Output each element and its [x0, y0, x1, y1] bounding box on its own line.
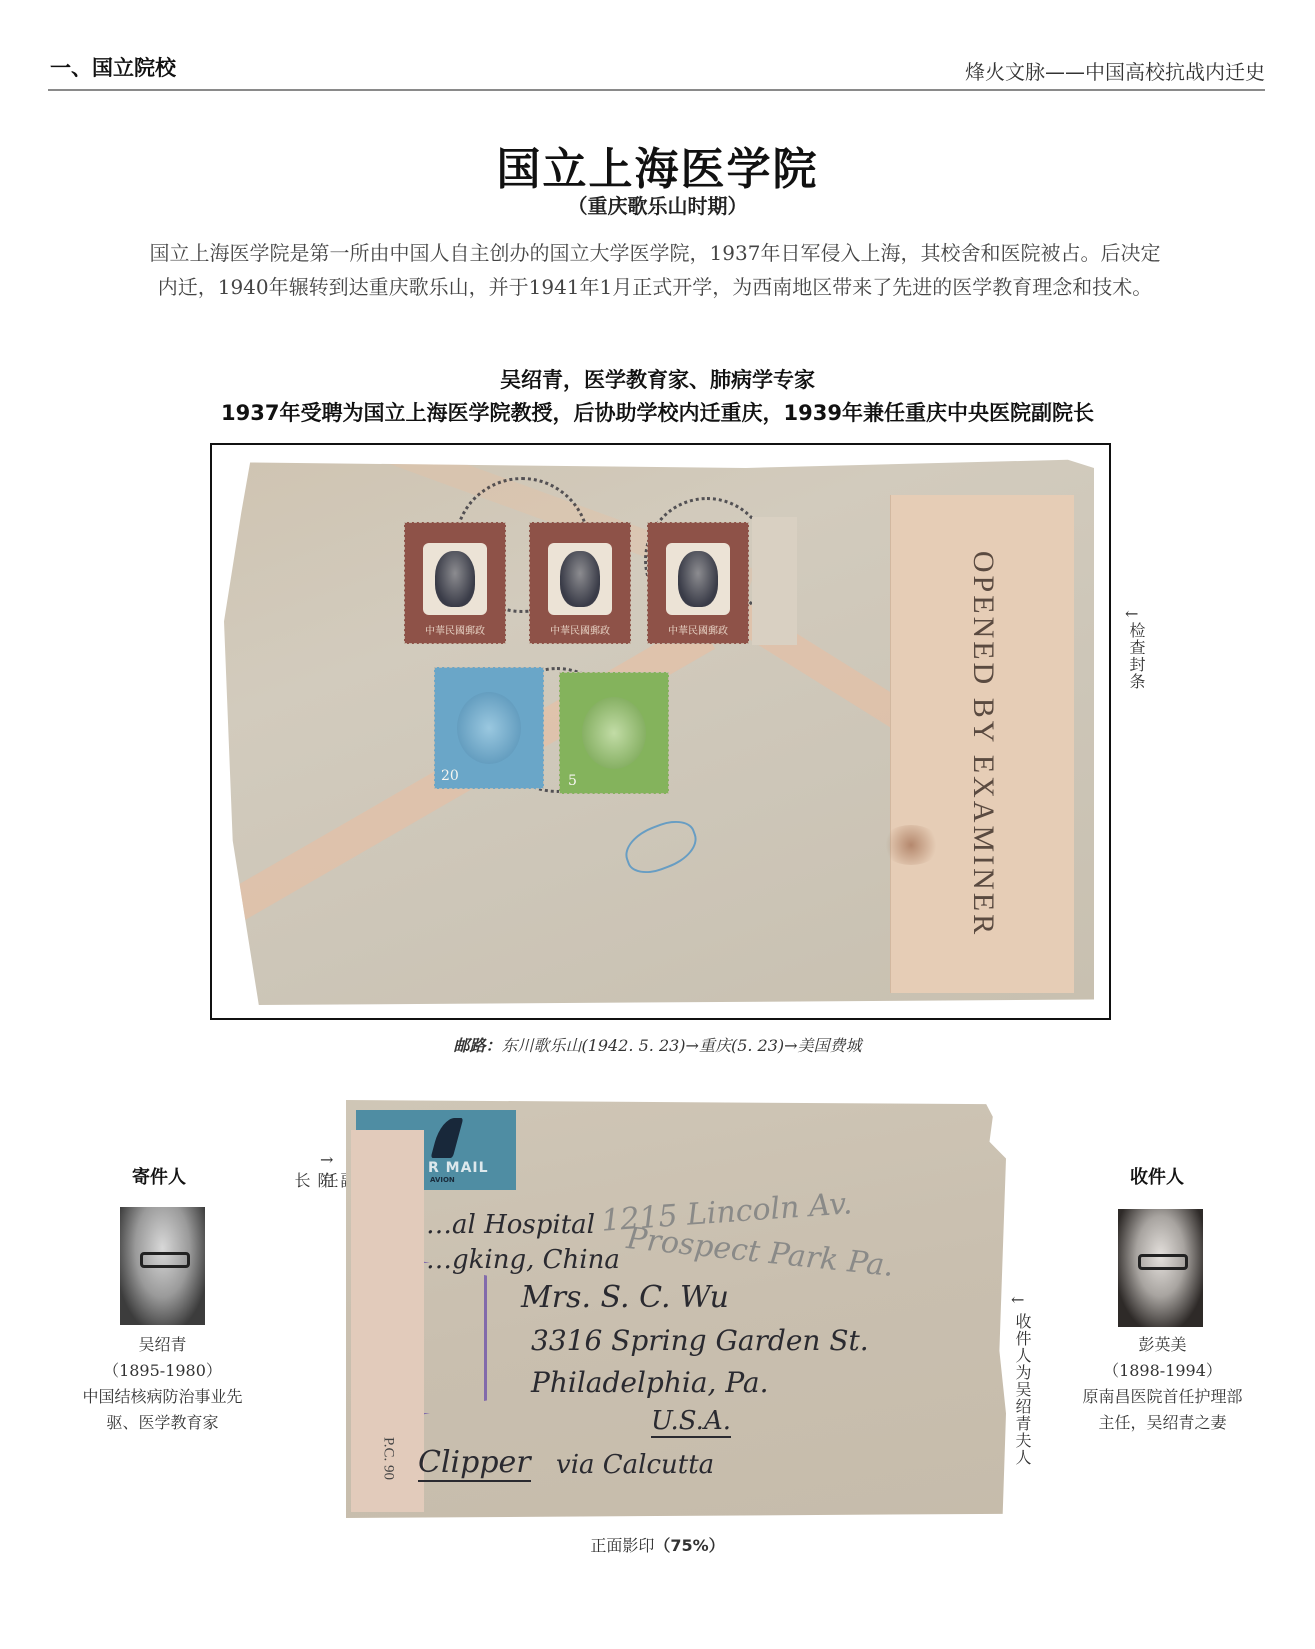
- cover-back-image: 中華民國郵政 中華民國郵政 中華民國郵政 20 5 OPENED BY EXAM…: [224, 457, 1094, 1005]
- stamp: 5: [559, 672, 669, 794]
- stamp: 中華民國郵政: [404, 522, 506, 644]
- sender-years: （1895-1980）: [60, 1358, 265, 1384]
- pen-mark: [619, 814, 704, 881]
- sender-address-line: …gking, China: [426, 1245, 620, 1275]
- sender-label: 寄件人: [132, 1163, 186, 1189]
- sender-description: 中国结核病防治事业先: [60, 1384, 265, 1410]
- recipient-name: Mrs. S. C. Wu: [521, 1280, 729, 1315]
- recipient-years: （1898-1994）: [1060, 1358, 1265, 1384]
- wing-icon: [431, 1118, 464, 1158]
- intro-paragraph: 国立上海医学院是第一所由中国人自主创办的国立大学医学院，1937年日军侵入上海，…: [40, 236, 1270, 304]
- front-cover-caption: 正面影印（75%）: [0, 1533, 1315, 1556]
- intro-line: 国立上海医学院是第一所由中国人自主创办的国立大学医学院，1937年日军侵入上海，…: [40, 236, 1270, 270]
- recipient-label: 收件人: [1130, 1163, 1184, 1189]
- recipient-name: 彭英美: [1060, 1332, 1265, 1358]
- recipient-country: U.S.A.: [651, 1406, 731, 1438]
- routing-service: Clipper: [418, 1445, 531, 1482]
- recipient-description: 主任，吴绍青之妻: [1060, 1410, 1265, 1436]
- recipient-portrait: [1118, 1209, 1203, 1327]
- censor-note-text: 检查封条: [1125, 622, 1148, 690]
- stamp: 20: [434, 667, 544, 789]
- cover-back-frame: 中華民國郵政 中華民國郵政 中華民國郵政 20 5 OPENED BY EXAM…: [210, 443, 1111, 1020]
- route-text: 东川歌乐山(1942. 5. 23)→重庆(5. 23)→美国费城: [501, 1036, 861, 1055]
- scale-percent: （75%）: [654, 1536, 724, 1555]
- postal-route: 邮路：东川歌乐山(1942. 5. 23)→重庆(5. 23)→美国费城: [0, 1033, 1315, 1056]
- recipient-description: 原南昌医院首任护理部: [1060, 1384, 1265, 1410]
- sender-name: 吴绍青: [60, 1332, 265, 1358]
- series-title: 烽火文脉——中国高校抗战内迁史: [965, 56, 1265, 85]
- censor-label-text: OPENED BY EXAMINER: [966, 551, 1000, 937]
- recipient-note-text: 收件人为吴绍青夫人: [1011, 1313, 1034, 1466]
- pencil-address-line: Prospect Park Pa.: [625, 1221, 896, 1284]
- sender-description: 驱、医学教育家: [60, 1410, 265, 1436]
- header-divider: [48, 89, 1265, 91]
- arrow-left-icon: ←: [1011, 1290, 1034, 1309]
- cover-front-image: R MAIL AVION P.C. 90 …al Hospital …gking…: [346, 1100, 1006, 1518]
- exhibit-caption-title: 吴绍青，医学教育家、肺病学专家: [0, 364, 1315, 394]
- glasses-icon: [140, 1252, 190, 1268]
- page-title: 国立上海医学院: [0, 133, 1315, 197]
- stain: [881, 825, 941, 865]
- stamp-selvage: [752, 517, 797, 645]
- censor-note: ← 检查封条: [1125, 606, 1148, 694]
- route-label: 邮路：: [453, 1036, 501, 1055]
- sender-portrait: [120, 1207, 205, 1325]
- recipient-note: ← 收件人为吴绍青夫人: [1011, 1290, 1034, 1466]
- arrow-right-icon: →: [320, 1150, 333, 1169]
- sender-bio: 吴绍青 （1895-1980） 中国结核病防治事业先 驱、医学教育家: [60, 1332, 265, 1436]
- censor-mark: P.C. 90: [379, 1437, 396, 1480]
- stamp: 中華民國郵政: [529, 522, 631, 644]
- censor-label-strip: OPENED BY EXAMINER: [890, 495, 1074, 993]
- glasses-icon: [1138, 1254, 1188, 1270]
- recipient-city: Philadelphia, Pa.: [531, 1366, 769, 1399]
- recipient-bio: 彭英美 （1898-1994） 原南昌医院首任护理部 主任，吴绍青之妻: [1060, 1332, 1265, 1436]
- routing-via: via Calcutta: [556, 1450, 714, 1480]
- section-heading: 一、国立院校: [50, 52, 176, 82]
- recipient-street: 3316 Spring Garden St.: [531, 1324, 869, 1357]
- exhibit-caption-detail: 1937年受聘为国立上海医学院教授，后协助学校内迁重庆，1939年兼任重庆中央医…: [0, 397, 1315, 427]
- censor-label-strip: P.C. 90: [351, 1130, 424, 1512]
- sender-address-line: …al Hospital: [426, 1210, 595, 1240]
- stamp: 中華民國郵政: [647, 522, 749, 644]
- intro-line: 内迁，1940年辗转到达重庆歌乐山，并于1941年1月正式开学，为西南地区带来了…: [40, 270, 1270, 304]
- arrow-left-icon: ←: [1125, 606, 1148, 622]
- page-subtitle: （重庆歌乐山时期）: [0, 190, 1315, 219]
